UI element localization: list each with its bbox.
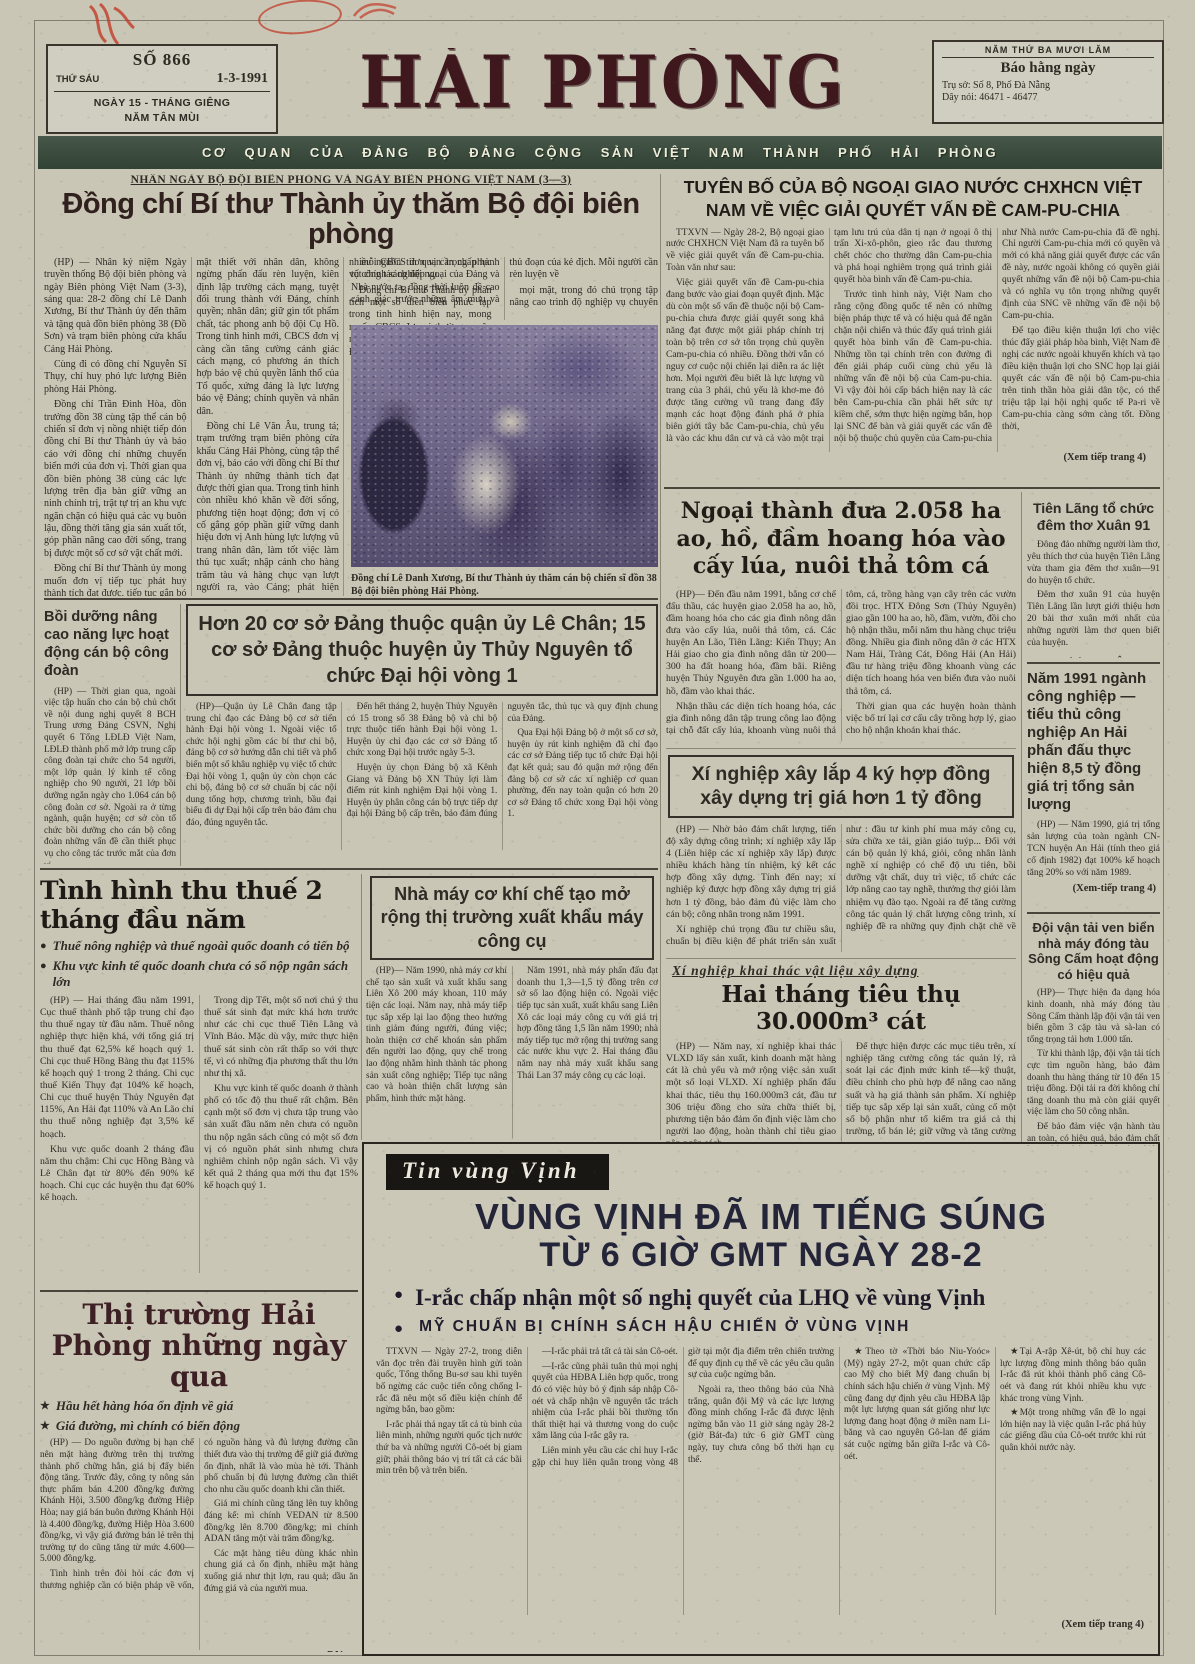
paragraph: Thời gian qua các huyện hoàn thành việc … [846, 701, 1016, 737]
thitruong-subhead-2: Giá đường, mì chính có biến động [56, 1418, 240, 1435]
boiduong-headline: Bồi dưỡng nâng cao năng lực hoạt động cá… [44, 608, 176, 681]
cat-kicker: Xí nghiệp khai thác vật liệu xây dựng [666, 963, 1016, 979]
issue-box: SỐ 866 THỨ SÁU 1-3-1991 NGÀY 15 - THÁNG … [46, 44, 278, 134]
paragraph: TTXVN — Ngày 27-2, trong diễn văn đọc tr… [376, 1347, 522, 1417]
thue-headline: Tình hình thu thuế 2 tháng đầu năm [40, 876, 358, 934]
paragraph: (HP)— Đến đầu năm 1991, bằng cơ chế đấu … [666, 589, 836, 698]
publication-year-line: NĂM THỨ BA MƯƠI LĂM [942, 45, 1154, 58]
article-tuyenbo: TUYÊN BỐ CỦA BỘ NGOẠI GIAO NƯỚC CHXHCN V… [666, 176, 1160, 484]
bullet-icon: ● [394, 1318, 405, 1339]
cokhi-body: (HP)— Năm 1990, nhà máy cơ khí chế tạo s… [366, 966, 658, 1138]
paragraph: Đông đảo những người làm thơ, yêu thích … [1027, 540, 1160, 588]
tuyenbo-headline: TUYÊN BỐ CỦA BỘ NGOẠI GIAO NƯỚC CHXHCN V… [666, 176, 1160, 222]
cat-body: (HP) — Năm nay, xí nghiệp khai thác VLXD… [666, 1041, 1016, 1143]
paragraph: (HP) — Thời gian qua, ngoài việc tập huấ… [44, 687, 176, 865]
thitruong-subhead-1: Hầu hết hàng hóa ổn định về giá [56, 1398, 233, 1415]
tuyenbo-body: TTXVN — Ngày 28-2, Bộ ngoại giao nước CH… [666, 228, 1160, 452]
paragraph: Khu vực kinh tế quốc doanh ở thành phố c… [204, 1083, 358, 1192]
red-pen-mark-2 [352, 0, 398, 20]
masthead-title-wrap: HẢI PHÒNG [283, 48, 923, 140]
red-pen-mark [84, 2, 136, 48]
bullet-icon: ● [40, 938, 47, 955]
article-songcam: Đội vận tải ven biển nhà máy đóng tàu Sô… [1027, 912, 1160, 1146]
paragraph: I-rắc phải thả ngay tất cả tù binh của l… [376, 1420, 522, 1478]
divider-vertical-boiduong [180, 604, 181, 866]
article-cat: Xí nghiệp khai thác vật liệu xây dựng Ha… [666, 958, 1016, 1143]
lead-headline: Đồng chí Bí thư Thành ủy thăm Bộ đội biê… [44, 189, 658, 250]
paragraph: (HP) — Năm 1990, giá trị tổng sản lượng … [1027, 820, 1160, 880]
vungvinh-headline-line2: TỪ 6 GIỜ GMT NGÀY 28-2 [364, 1237, 1158, 1274]
paragraph: Khu vực quốc doanh 2 tháng đầu năm thu c… [40, 1144, 194, 1205]
vungvinh-body: TTXVN — Ngày 27-2, trong diễn văn đọc tr… [376, 1347, 1146, 1615]
paragraph: ★Tại A-rập Xê-út, bộ chỉ huy các lực lượ… [1000, 1347, 1146, 1405]
bullet-icon: ● [40, 958, 47, 991]
paragraph: Trong dịp Tết, một số nơi chú ý thu thuế… [204, 995, 358, 1080]
divider-vertical-main [660, 174, 661, 1140]
vungvinh-subhead-1: I-rắc chấp nhận một số nghị quyết của LH… [415, 1285, 985, 1310]
publisher-info-box: NĂM THỨ BA MƯƠI LĂM Báo hằng ngày Trụ sở… [932, 40, 1164, 124]
paragraph: ★Một trong những vấn đề lo ngại lớn hiện… [1000, 1408, 1146, 1454]
lead-kicker: NHÂN NGÀY BỘ ĐỘI BIÊN PHÒNG VÀ NGÀY BIÊN… [44, 174, 658, 186]
paragraph: (HP)—Quận ủy Lê Chân đang tập trung chỉ … [186, 702, 337, 830]
anhai-body: (HP) — Năm 1990, giá trị tổng sản lượng … [1027, 820, 1160, 880]
paragraph: Giá mì chính cũng tăng lên tuy không đán… [204, 1499, 358, 1545]
cat-headline: Hai tháng tiêu thụ 30.000m³ cát [666, 981, 1016, 1035]
tienlang-headline: Tiên Lãng tổ chức đêm thơ Xuân 91 [1027, 500, 1160, 534]
paragraph: —I-rắc cũng phải tuân thủ mọi nghị quyết… [532, 1362, 678, 1443]
issue-weekday: THỨ SÁU [56, 74, 99, 85]
paragraph: —I-rắc phải trả tất cả tài sản Cô-oét. [532, 1347, 678, 1359]
vungvinh-section-label: Tin vùng Vịnh [386, 1154, 609, 1190]
star-bullet-icon: ★ [40, 1418, 50, 1435]
paragraph: (HP)— Thực hiện đa dạng hóa kinh doanh, … [1027, 988, 1160, 1046]
article-lechan: Hơn 20 cơ sở Đảng thuộc quận ủy Lê Chân;… [186, 604, 658, 864]
paragraph: Qua Đại hội Đảng bộ ở một số cơ sở, huyệ… [507, 728, 658, 821]
divider-vertical-rail [1021, 492, 1022, 1144]
divider-horizontal-3 [40, 1290, 358, 1292]
article-thitruong: Thị trường Hải Phòng những ngày qua ★Hầu… [40, 1296, 358, 1652]
paragraph: Đồng chí Trần Đình Hòa, đồn trưởng đồn 3… [44, 399, 186, 560]
bullet-icon: ● [394, 1285, 403, 1310]
paragraph: Đêm thơ xuân 91 của huyện Tiên Lãng lần … [1027, 590, 1160, 650]
continuation-note: (Xem tiếp trang 4) [364, 1619, 1158, 1630]
tienlang-body: Đông đảo những người làm thơ, yêu thích … [1027, 540, 1160, 651]
divider-horizontal-1 [44, 598, 658, 600]
vungvinh-headline-line1: VÙNG VỊNH ĐÃ IM TIẾNG SÚNG [364, 1196, 1158, 1237]
newspaper-title: HẢI PHÒNG [283, 48, 923, 118]
article-thue: Tình hình thu thuế 2 tháng đầu năm ●Thuế… [40, 874, 358, 1286]
byline-author: DƯƠNG XUÂN [1027, 655, 1160, 658]
continuation-note: (Xem tiếp trang 4) [666, 452, 1160, 463]
address-line: Trụ sở: Số 8, Phố Đà Nẵng [942, 79, 1154, 91]
divider-vertical-thue [361, 874, 362, 1140]
ngoaithanh-headline: Ngoại thành đưa 2.058 ha ao, hồ, đầm hoa… [666, 498, 1016, 581]
article-tienlang: Tiên Lãng tổ chức đêm thơ Xuân 91 Đông đ… [1027, 494, 1160, 658]
paragraph: (HP) — Nhờ bảo đảm chất lượng, tiến độ x… [666, 824, 836, 921]
photo-caption: Đồng chí Lê Danh Xương, Bí thư Thành ủy … [351, 572, 658, 596]
lechan-headline: Hơn 20 cơ sở Đảng thuộc quận ủy Lê Chân;… [186, 604, 658, 696]
paragraph: Các mặt hàng tiêu dùng khác nhìn chung g… [204, 1549, 358, 1595]
thue-subhead-1: Thuế nông nghiệp và thuế ngoài quốc doan… [53, 938, 350, 955]
paragraph: TTXVN — Ngày 28-2, Bộ ngoại giao nước CH… [666, 228, 824, 276]
daily-paper-line: Báo hằng ngày [942, 58, 1154, 79]
paragraph: Năm 1991, nhà máy phấn đấu đạt doanh thu… [517, 966, 658, 1082]
article-boiduong: Bồi dưỡng nâng cao năng lực hoạt động cá… [44, 604, 176, 864]
article-vungvinh: Tin vùng Vịnh VÙNG VỊNH ĐÃ IM TIẾNG SÚNG… [362, 1142, 1160, 1656]
paragraph: Đến hết tháng 2, huyện Thủy Nguyên có 15… [347, 702, 498, 760]
vungvinh-subhead-2: MỸ CHUẨN BỊ CHÍNH SÁCH HẬU CHIẾN Ở VÙNG … [419, 1318, 910, 1339]
thitruong-body: (HP) — Do nguồn đường bị hạn chế nên mặt… [40, 1438, 358, 1650]
divider-horizontal-2 [40, 868, 658, 870]
article-xaylap: Xí nghiệp xây lắp 4 ký hợp đồng xây dựng… [666, 748, 1016, 957]
paragraph: ★Theo tờ «Thời báo Niu-Yoóc» (Mỹ) ngày 2… [844, 1347, 990, 1463]
paragraph: Để thực hiện được các mục tiêu trên, xí … [846, 1041, 1016, 1143]
paragraph: (HP) — Năm nay, xí nghiệp khai thác VLXD… [666, 1041, 836, 1143]
boiduong-body: (HP) — Thời gian qua, ngoài việc tập huấ… [44, 687, 176, 865]
article-cokhi: Nhà máy cơ khí chế tạo mở rộng thị trườn… [366, 874, 658, 1138]
anhai-headline: Năm 1991 ngành công nghiệp —tiểu thủ côn… [1027, 670, 1160, 814]
newspaper-page: SỐ 866 THỨ SÁU 1-3-1991 NGÀY 15 - THÁNG … [0, 0, 1195, 1664]
paragraph: (HP) — Nhân kỷ niệm Ngày truyền thống Bộ… [44, 257, 186, 356]
cokhi-headline: Nhà máy cơ khí chế tạo mở rộng thị trườn… [370, 876, 654, 960]
paragraph: (HP)— Năm 1990, nhà máy cơ khí chế tạo s… [366, 966, 507, 1105]
xaylap-body: (HP) — Nhờ bảo đảm chất lượng, tiến độ x… [666, 824, 1016, 952]
article-ngoaithanh: Ngoại thành đưa 2.058 ha ao, hồ, đầm hoa… [666, 492, 1016, 744]
paragraph: Để tạo điều kiện thuận lợi cho việc thúc… [1002, 326, 1160, 434]
divider-horizontal-4 [664, 487, 1160, 489]
xaylap-headline: Xí nghiệp xây lắp 4 ký hợp đồng xây dựng… [668, 755, 1014, 818]
lead-body-left: (HP) — Nhân kỷ niệm Ngày truyền thống Bộ… [44, 257, 339, 596]
lunar-date-line2: NĂM TÂN MÙI [54, 111, 270, 126]
thitruong-byline: P.V. [40, 1650, 358, 1652]
lead-body-right-top: mỗi CBCS đơn vị cần chấp hành tốt chính … [351, 257, 658, 320]
issue-number: SỐ 866 [54, 50, 270, 70]
paragraph: (HP) — Hai tháng đầu năm 1991, Cục thuế … [40, 995, 194, 1141]
ngoaithanh-body: (HP)— Đến đầu năm 1991, bằng cơ chế đấu … [666, 589, 1016, 741]
paragraph: (HP) — Do nguồn đường bị hạn chế nên mặt… [40, 1438, 194, 1566]
organ-banner: CƠ QUAN CỦA ĐẢNG BỘ ĐẢNG CỘNG SẢN VIỆT N… [38, 136, 1162, 169]
article-anhai: Năm 1991 ngành công nghiệp —tiểu thủ côn… [1027, 662, 1160, 910]
lead-photo [351, 325, 658, 567]
article-lead: NHÂN NGÀY BỘ ĐỘI BIÊN PHÒNG VÀ NGÀY BIÊN… [44, 174, 658, 596]
paragraph: Từ khi thành lập, đội vận tải tích cực t… [1027, 1049, 1160, 1119]
paragraph: Ngoài ra, theo thông báo của Nhà trắng, … [688, 1385, 834, 1466]
issue-date: 1-3-1991 [217, 71, 268, 87]
tienlang-byline: DƯƠNG XUÂN Tiên Lãng [1027, 655, 1160, 658]
phone-line: Dây nói: 46471 - 46477 [942, 91, 1154, 103]
lunar-date-line1: NGÀY 15 - THÁNG GIÊNG [54, 96, 270, 111]
thitruong-headline: Thị trường Hải Phòng những ngày qua [40, 1300, 358, 1392]
thue-subhead-2: Khu vực kinh tế quốc doanh chưa có số nộ… [53, 958, 358, 991]
songcam-headline: Đội vận tải ven biển nhà máy đóng tàu Sô… [1027, 920, 1160, 982]
star-bullet-icon: ★ [40, 1398, 50, 1415]
songcam-body: (HP)— Thực hiện đa dạng hóa kinh doanh, … [1027, 988, 1160, 1146]
paragraph: Cùng đi có đồng chí Nguyễn Sĩ Thụy, chỉ … [44, 359, 186, 396]
continuation-note: (Xem-tiếp trang 4) [1027, 883, 1160, 894]
lechan-body: (HP)—Quận ủy Lê Chân đang tập trung chỉ … [186, 702, 658, 850]
lead-body-right: mỗi CBCS đơn vị cần chấp hành tốt chính … [351, 257, 658, 596]
thue-body: (HP) — Hai tháng đầu năm 1991, Cục thuế … [40, 995, 358, 1273]
